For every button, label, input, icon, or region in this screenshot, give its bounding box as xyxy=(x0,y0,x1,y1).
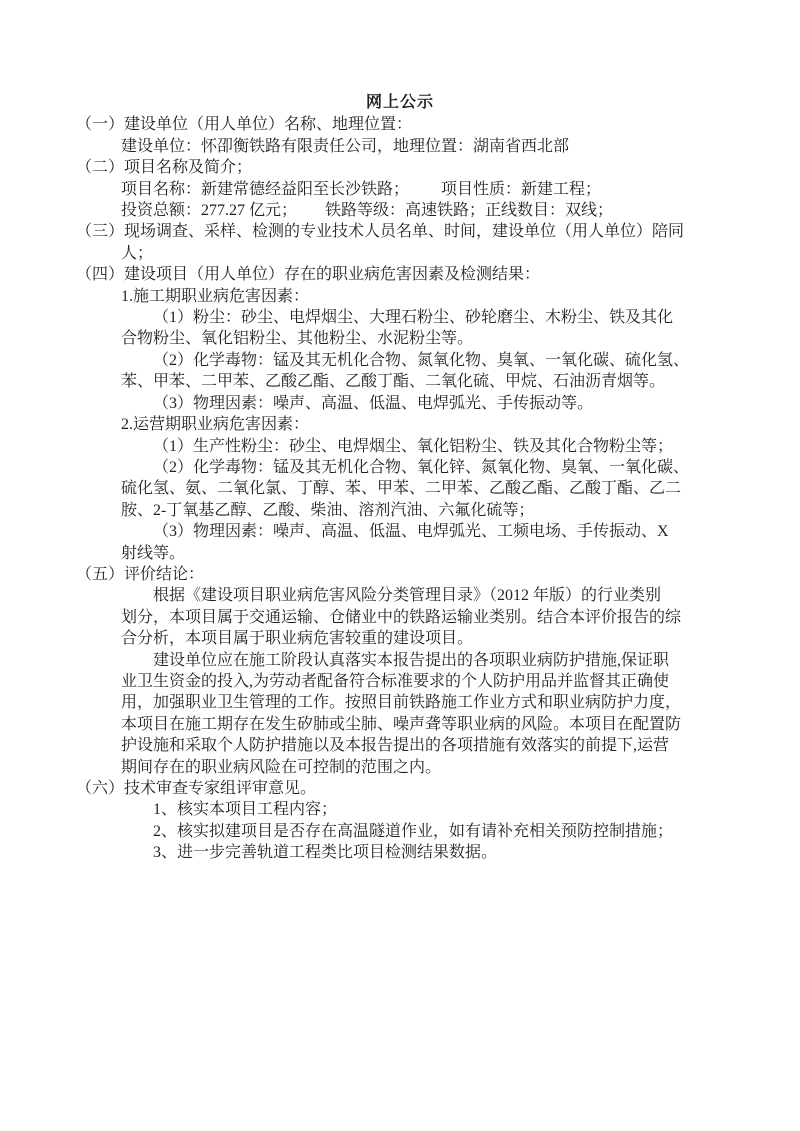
text-line: 射线等。 xyxy=(121,543,724,564)
text-line: 用，加强职业卫生管理的工作。按照目前铁路施工作业方式和职业病防护力度， xyxy=(121,692,724,713)
text-line: 投资总额：277.27 亿元； 铁路等级：高速铁路；正线数目：双线； xyxy=(121,200,724,221)
text-line: 本项目在施工期存在发生矽肺或尘肺、噪声聋等职业病的风险。本项目在配置防 xyxy=(121,714,724,735)
document-title: 网上公示 xyxy=(76,92,724,113)
text-line: （五）评价结论： xyxy=(76,564,724,585)
text-line: 项目名称：新建常德经益阳至长沙铁路； 项目性质：新建工程； xyxy=(121,179,724,200)
text-line: 护设施和采取个人防护措施以及本报告提出的各项措施有效落实的前提下,运营 xyxy=(121,735,724,756)
text-line: （1）粉尘：砂尘、电焊烟尘、大理石粉尘、砂轮磨尘、木粉尘、铁及其化 xyxy=(153,307,724,328)
text-line: 业卫生资金的投入,为劳动者配备符合标准要求的个人防护用品并监督其正确使 xyxy=(121,671,724,692)
text-line: （1）生产性粉尘：砂尘、电焊烟尘、氧化铝粉尘、铁及其化合物粉尘等； xyxy=(153,436,724,457)
text-line: 建设单位应在施工阶段认真落实本报告提出的各项职业病防护措施,保证职 xyxy=(153,650,724,671)
text-line: （二）项目名称及简介； xyxy=(76,157,724,178)
text-line: 3、进一步完善轨道工程类比项目检测结果数据。 xyxy=(153,842,724,863)
text-line: 合物粉尘、氧化铝粉尘、其他粉尘、水泥粉尘等。 xyxy=(121,328,724,349)
text-line: 2.运营期职业病危害因素： xyxy=(121,414,724,435)
text-line: 合分析，本项目属于职业病危害较重的建设项目。 xyxy=(121,628,724,649)
text-line: 期间存在的职业病风险在可控制的范围之内。 xyxy=(121,757,724,778)
text-line: （3）物理因素：噪声、高温、低温、电焊弧光、手传振动等。 xyxy=(153,393,724,414)
text-line: 胺、2-丁氧基乙醇、乙酸、柴油、溶剂汽油、六氟化硫等； xyxy=(121,500,724,521)
text-line: 1.施工期职业病危害因素： xyxy=(121,286,724,307)
text-line: 2、核实拟建项目是否存在高温隧道作业，如有请补充相关预防控制措施； xyxy=(153,821,724,842)
text-line: （六）技术审查专家组评审意见。 xyxy=(76,778,724,799)
text-line: 苯、甲苯、二甲苯、乙酸乙酯、乙酸丁酯、二氧化硫、甲烷、石油沥青烟等。 xyxy=(121,371,724,392)
document-body: （一）建设单位（用人单位）名称、地理位置：建设单位：怀卲衡铁路有限责任公司，地理… xyxy=(76,114,724,863)
text-line: （三）现场调查、采样、检测的专业技术人员名单、时间，建设单位（用人单位）陪同 xyxy=(76,221,724,242)
text-line: （一）建设单位（用人单位）名称、地理位置： xyxy=(76,114,724,135)
document-page: 网上公示 （一）建设单位（用人单位）名称、地理位置：建设单位：怀卲衡铁路有限责任… xyxy=(0,0,800,1131)
text-line: （四）建设项目（用人单位）存在的职业病危害因素及检测结果： xyxy=(76,264,724,285)
text-line: 根据《建设项目职业病危害风险分类管理目录》（2012 年版）的行业类别 xyxy=(153,585,724,606)
document-content: 网上公示 （一）建设单位（用人单位）名称、地理位置：建设单位：怀卲衡铁路有限责任… xyxy=(76,92,724,864)
text-line: 建设单位：怀卲衡铁路有限责任公司，地理位置：湖南省西北部 xyxy=(121,136,724,157)
text-line: （2）化学毒物：锰及其无机化合物、氧化锌、氮氧化物、臭氧、一氧化碳、 xyxy=(153,457,724,478)
text-line: （2）化学毒物：锰及其无机化合物、氮氧化物、臭氧、一氧化碳、硫化氢、 xyxy=(153,350,724,371)
text-line: 人； xyxy=(121,243,724,264)
text-line: 1、核实本项目工程内容； xyxy=(153,799,724,820)
text-line: 划分，本项目属于交通运输、仓储业中的铁路运输业类别。结合本评价报告的综 xyxy=(121,607,724,628)
text-line: （3）物理因素：噪声、高温、低温、电焊弧光、工频电场、手传振动、X xyxy=(153,521,724,542)
text-line: 硫化氢、氨、二氧化氯、丁醇、苯、甲苯、二甲苯、乙酸乙酯、乙酸丁酯、乙二 xyxy=(121,478,724,499)
